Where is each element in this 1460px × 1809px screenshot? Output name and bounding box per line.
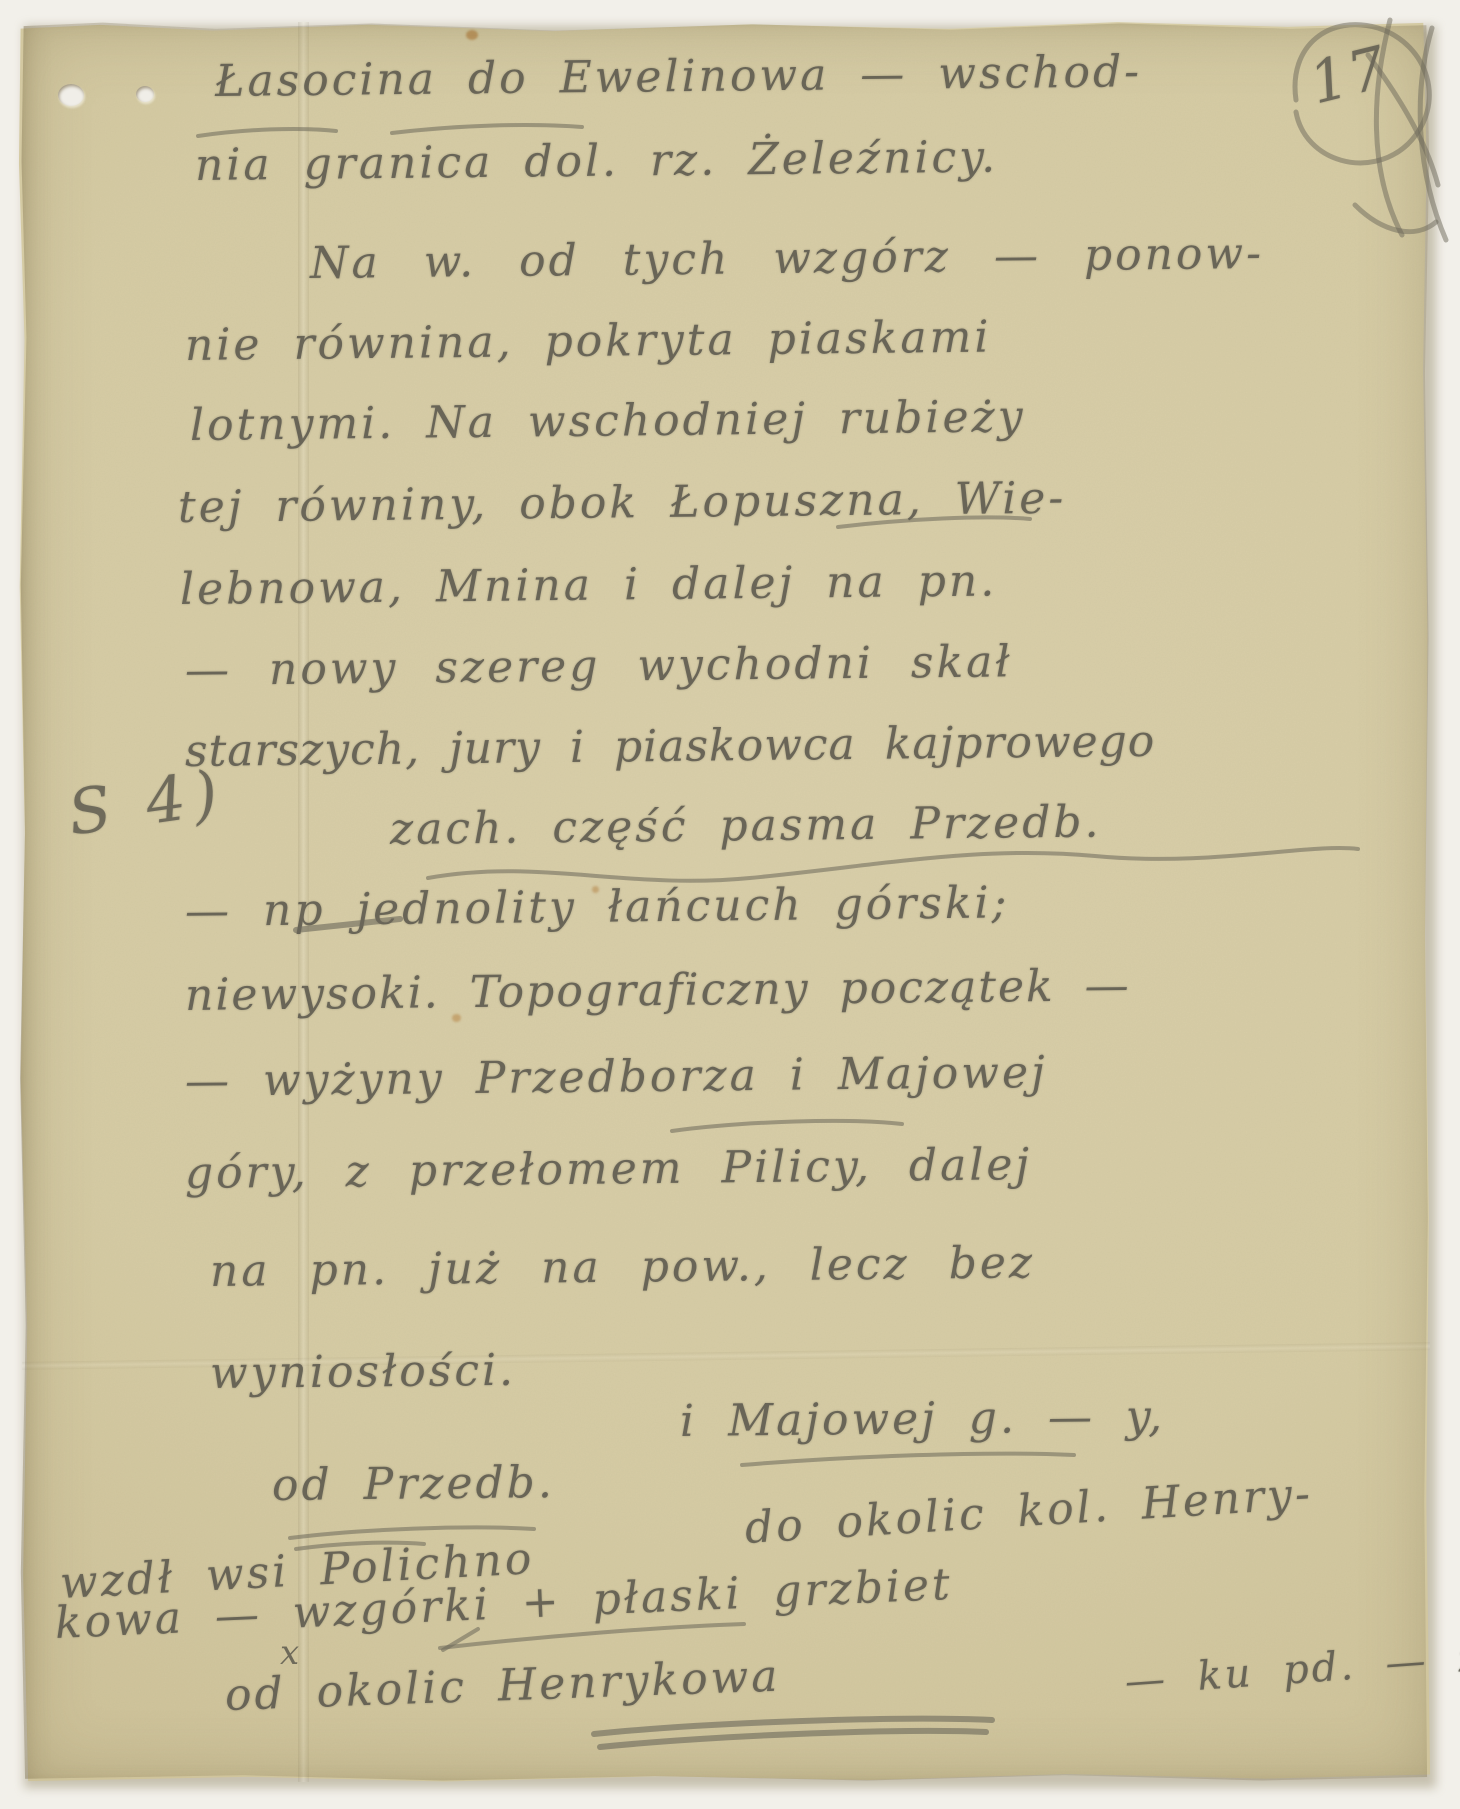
handwritten-line-8: — nowy szereg wychodni skał — [185, 638, 1013, 695]
handwritten-line-17: i Majowej g. — y, — [680, 1393, 1165, 1446]
handwritten-line-13: — wyżyny Przedborza i Majowej — [185, 1049, 1048, 1106]
handwritten-line-1: Łasocina do Ewelinowa — wschod- — [215, 48, 1143, 106]
caret-insertion-mark: x — [280, 1636, 299, 1670]
handwritten-line-18: od Przedb. — [272, 1459, 555, 1510]
handwritten-line-6: tej równiny, obok Łopuszna, Wie- — [178, 475, 1067, 533]
scan-background: Łasocina do Ewelinowa — wschod- nia gran… — [0, 0, 1460, 1809]
handwritten-line-14: góry, z przełomem Pilicy, dalej — [185, 1141, 1033, 1198]
stain-spot — [466, 30, 478, 40]
handwritten-line-7: lebnowa, Mnina i dalej na pn. — [180, 557, 998, 614]
handwritten-line-4: nie równina, pokryta piaskami — [185, 314, 992, 371]
pin-hole — [136, 86, 154, 102]
handwritten-line-16: wyniosłości. — [210, 1347, 517, 1399]
handwritten-line-11: — np jednolity łańcuch górski; — [185, 879, 1010, 936]
handwritten-line-2: nia granica dol. rz. Żeleźnicy. — [195, 134, 999, 191]
handwritten-line-12: niewysoki. Topograficzny początek — — [185, 962, 1131, 1020]
handwritten-line-5: lotnymi. Na wschodniej rubieży — [190, 393, 1026, 450]
handwritten-line-3: Na w. od tych wzgórz — ponow- — [310, 230, 1264, 288]
handwritten-line-9: starszych, jury i piaskowca kajprowego — [185, 718, 1156, 777]
page-number: 17 — [1304, 37, 1394, 112]
pin-hole — [58, 84, 84, 106]
handwritten-line-10: zach. część pasma Przedb. — [390, 799, 1102, 855]
handwritten-line-15: na pn. już na pow., lecz bez — [210, 1239, 1036, 1296]
